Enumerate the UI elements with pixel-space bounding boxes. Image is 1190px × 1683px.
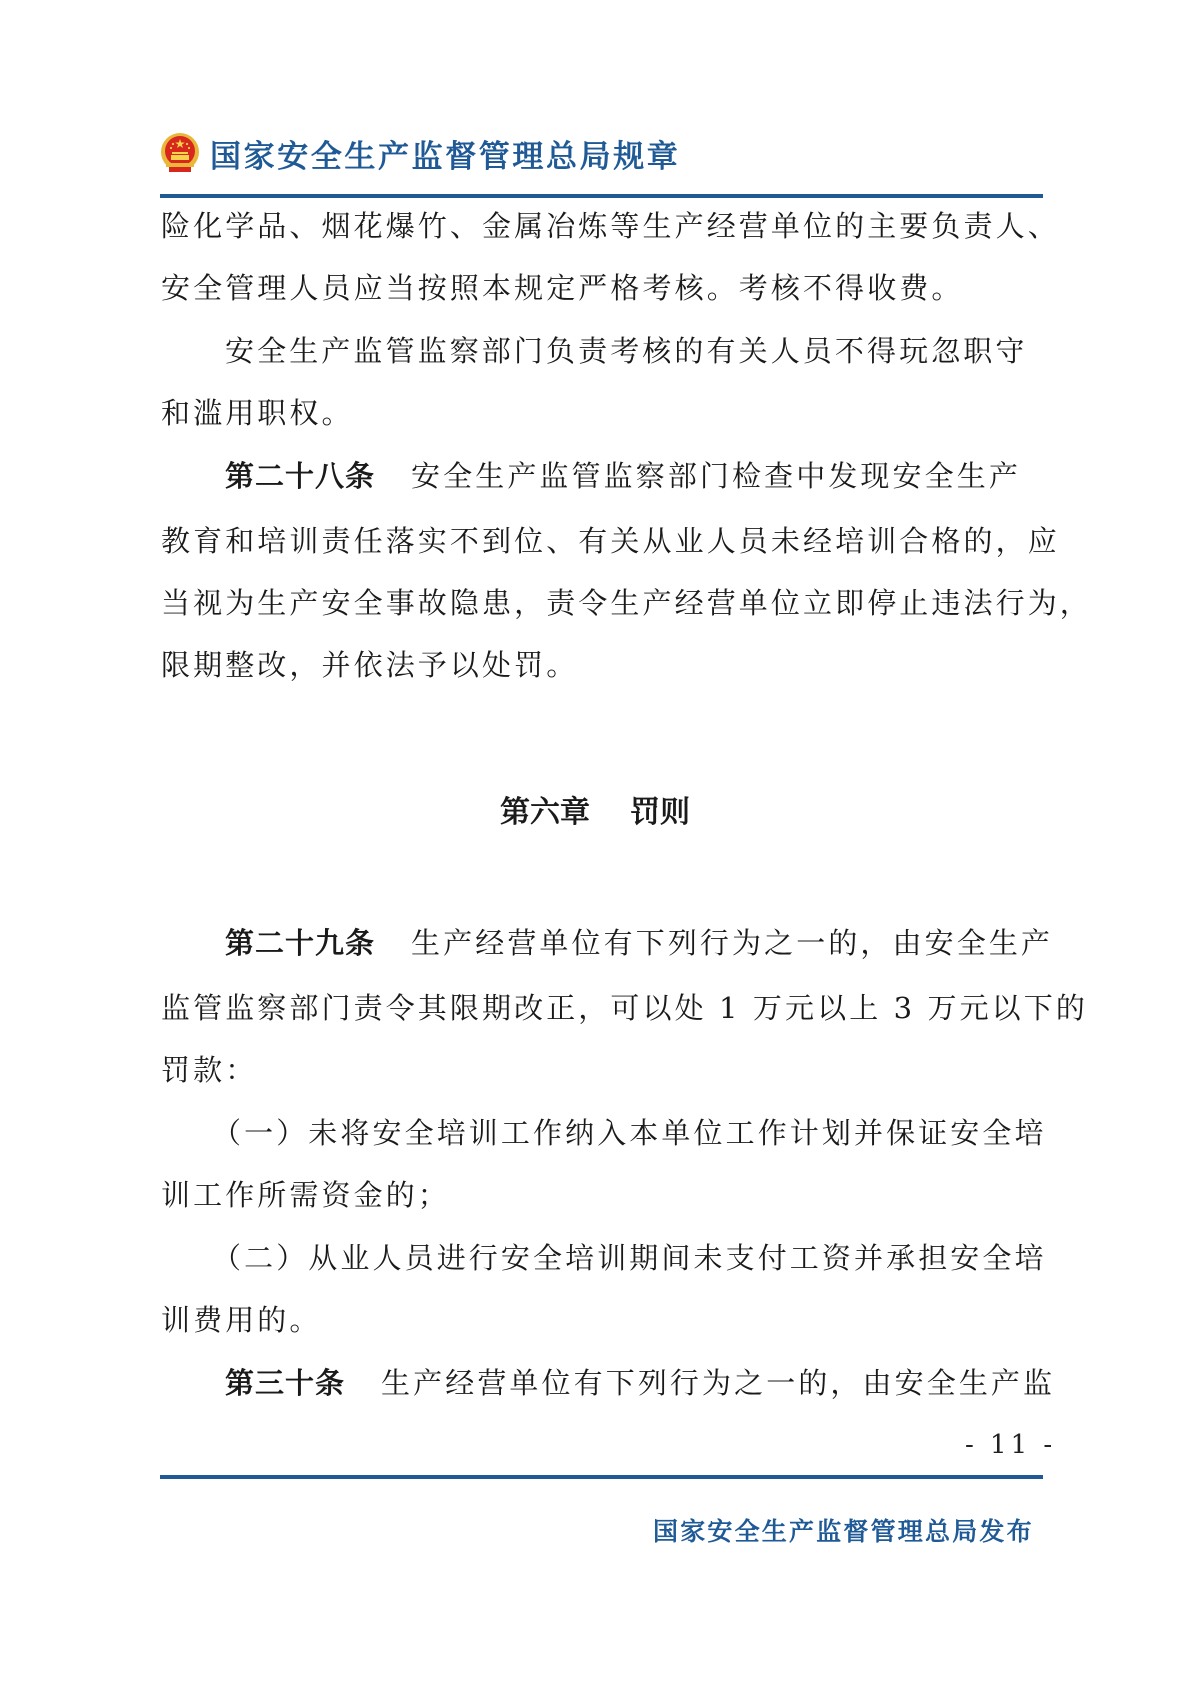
list-item-continuation: 训工作所需资金的； xyxy=(161,1179,450,1211)
article-title: 第二十九条 xyxy=(225,926,375,960)
national-emblem-icon xyxy=(160,132,200,174)
body-line: 安全管理人员应当按照本规定严格考核。考核不得收费。 xyxy=(161,272,964,304)
header-title: 国家安全生产监督管理总局规章 xyxy=(210,131,680,176)
article-title: 第三十条 xyxy=(225,1366,345,1400)
body-line: 安全生产监管监察部门负责考核的有关人员不得玩忽职守 xyxy=(225,335,1028,367)
footer-publisher: 国家安全生产监督管理总局发布 xyxy=(653,1512,1034,1548)
body-line: 险化学品、烟花爆竹、金属冶炼等生产经营单位的主要负责人、 xyxy=(161,210,1060,242)
body-line: 和滥用职权。 xyxy=(161,397,354,429)
page-header: 国家安全生产监督管理总局规章 xyxy=(160,128,680,178)
list-item-continuation: 训费用的。 xyxy=(161,1304,322,1336)
article-text: 生产经营单位有下列行为之一的，由安全生产 xyxy=(411,926,1053,960)
article-30: 第三十条生产经营单位有下列行为之一的，由安全生产监 xyxy=(225,1367,1055,1399)
chapter-heading: 第六章罚则 xyxy=(0,797,1190,829)
chapter-name: 罚则 xyxy=(630,795,690,830)
article-text: 生产经营单位有下列行为之一的，由安全生产监 xyxy=(381,1366,1055,1400)
body-line: 监管监察部门责令其限期改正，可以处 1 万元以上 3 万元以下的 xyxy=(161,992,1088,1024)
article-title: 第二十八条 xyxy=(225,459,375,493)
list-item: （一）未将安全培训工作纳入本单位工作计划并保证安全培 xyxy=(212,1117,1047,1149)
body-line: 教育和培训责任落实不到位、有关从业人员未经培训合格的，应 xyxy=(161,525,1060,557)
body-line: 当视为生产安全事故隐患，责令生产经营单位立即停止违法行为， xyxy=(161,587,1092,619)
header-divider xyxy=(160,194,1043,198)
article-28: 第二十八条安全生产监管监察部门检查中发现安全生产 xyxy=(225,460,1021,492)
body-line: 罚款： xyxy=(161,1054,257,1086)
body-line: 限期整改，并依法予以处罚。 xyxy=(161,649,578,681)
page-number: - 11 - xyxy=(965,1430,1056,1460)
chapter-number: 第六章 xyxy=(500,795,590,830)
list-item: （二）从业人员进行安全培训期间未支付工资并承担安全培 xyxy=(212,1242,1047,1274)
article-29: 第二十九条生产经营单位有下列行为之一的，由安全生产 xyxy=(225,927,1053,959)
article-text: 安全生产监管监察部门检查中发现安全生产 xyxy=(411,459,1021,493)
footer-divider xyxy=(160,1475,1043,1479)
